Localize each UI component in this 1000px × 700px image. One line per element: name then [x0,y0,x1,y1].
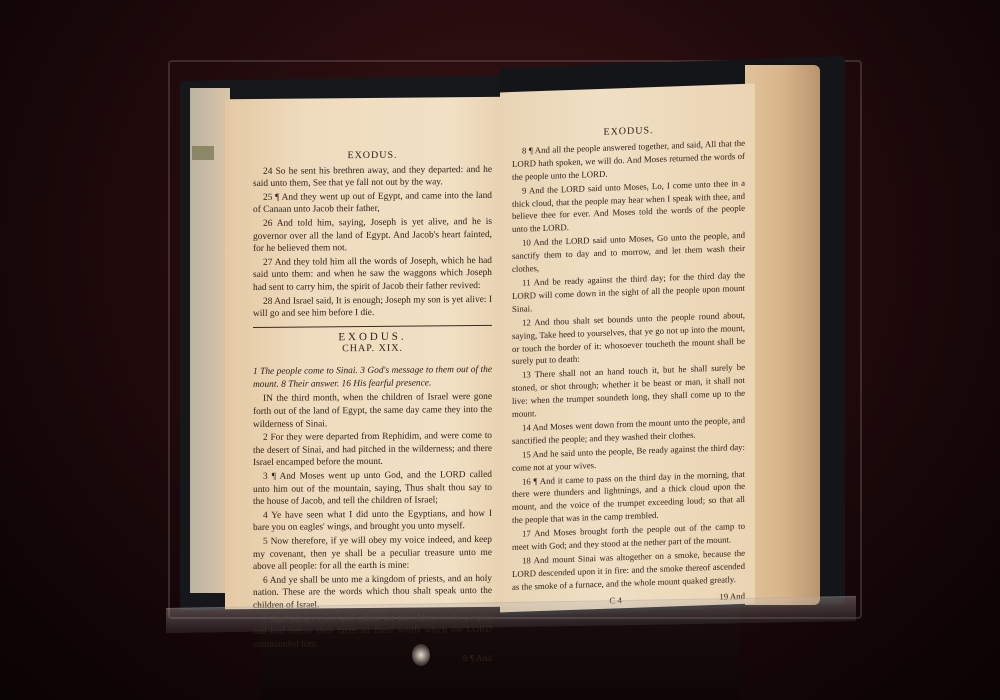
verse: 13 There shall not an hand touch it, but… [512,361,745,421]
right-page-text: EXODUS. 8 ¶ And all the people answered … [512,122,745,611]
verse: IN the third month, when the children of… [253,391,492,431]
verse: 26 And told him, saying, Joseph is yet a… [253,216,492,256]
right-page: EXODUS. 8 ¶ And all the people answered … [500,84,755,613]
section-rule [253,325,492,328]
verse: 27 And they told him all the words of Jo… [253,255,492,295]
chapter-heading: CHAP. XIX. [253,342,492,357]
bookmark-tab [192,146,214,160]
verse: 18 And mount Sinai was altogether on a s… [512,547,745,594]
catchword: 8 ¶ And [463,653,492,666]
verse: 28 And Israel said, It is enough; Joseph… [253,293,492,320]
exhibit-scene: EXODUS. 24 So he sent his brethren away,… [0,0,1000,700]
page-edges-left [190,88,230,593]
left-page: EXODUS. 24 So he sent his brethren away,… [225,97,508,609]
page-footer: 8 ¶ And [253,653,492,668]
verse: 2 For they were departed from Rephidim, … [253,430,492,470]
verse: 16 ¶ And it came to pass on the third da… [512,467,745,527]
verse: 3 ¶ And Moses went up unto God, and the … [253,469,492,509]
verse: 10 And the LORD said unto Moses, Go unto… [512,229,745,276]
verse: 25 ¶ And they went up out of Egypt, and … [253,190,492,217]
verse: 5 Now therefore, if ye will obey my voic… [253,534,492,574]
verse: 4 Ye have seen what I did unto the Egypt… [253,508,492,535]
verse: 11 And be ready against the third day; f… [512,269,745,316]
verse: 24 So he sent his brethren away, and the… [253,163,492,190]
left-page-text: EXODUS. 24 So he sent his brethren away,… [253,149,492,668]
page-edges-right [745,65,820,605]
verse: 8 ¶ And all the people answered together… [512,137,745,184]
running-head: EXODUS. [253,149,492,164]
verse: 9 And the LORD said unto Moses, Lo, I co… [512,177,745,237]
verse: 12 And thou shalt set bounds unto the pe… [512,309,745,369]
chapter-summary: 1 The people come to Sinai. 3 God's mess… [253,364,492,391]
